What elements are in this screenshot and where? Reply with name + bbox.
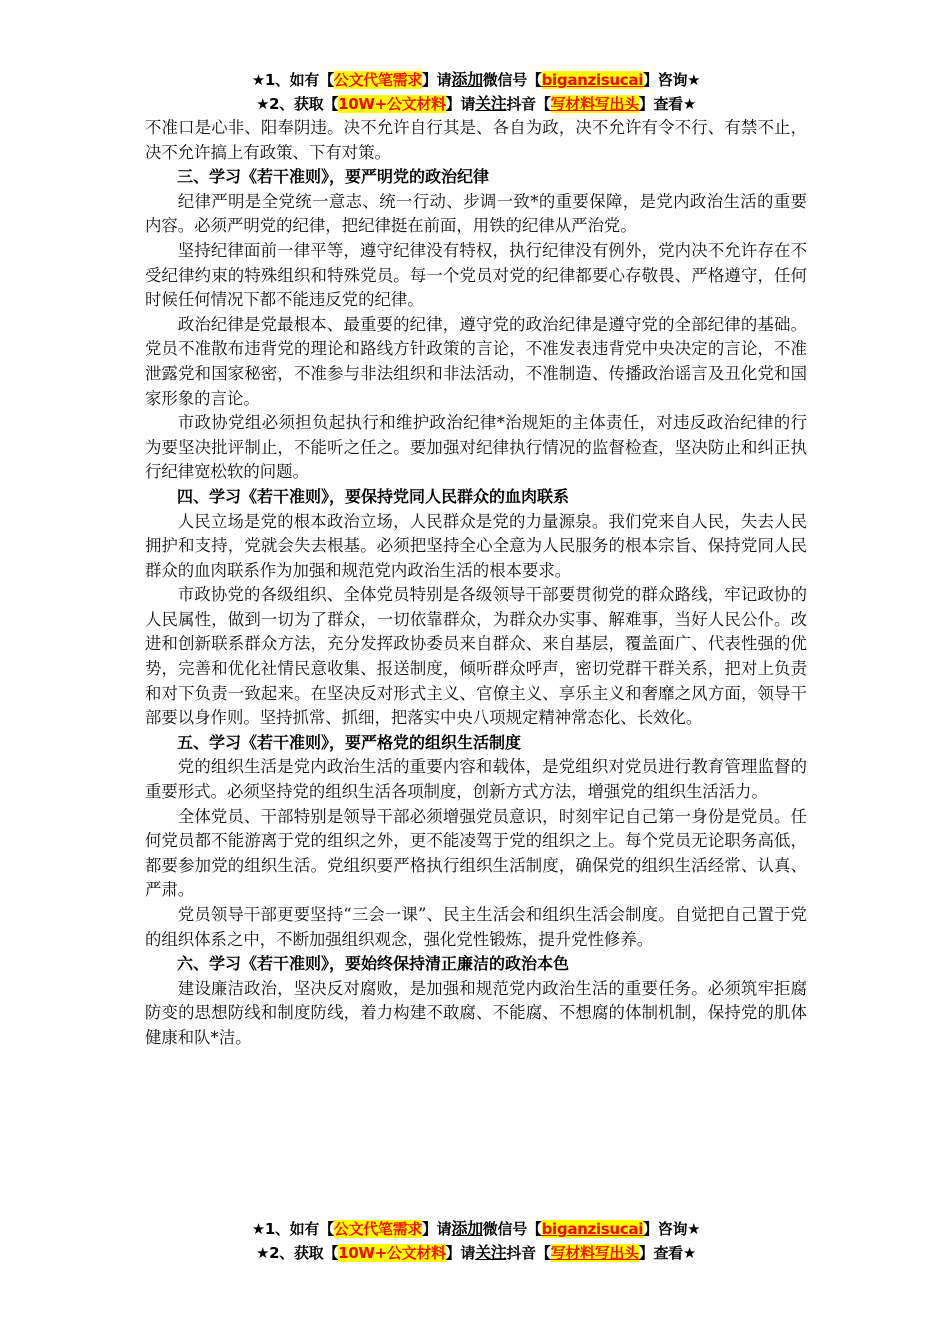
footer-banner: ★1、如有【公文代笔需求】请添加微信号【biganzisucai】咨询★ ★2、… xyxy=(145,1217,807,1265)
emphasis-follow: 关注 xyxy=(475,1243,506,1262)
paragraph: 不准口是心非、阳奉阴违。决不允许自行其是、各自为政，决不允许有令不行、有禁不止，… xyxy=(145,116,807,165)
section-heading: 三、学习《若干准则》，要严明党的政治纪律 xyxy=(145,165,807,190)
paragraph: 党员领导干部更要坚持“三会一课”、民主生活会和组织生活会制度。自觉把自己置于党的… xyxy=(145,903,807,952)
banner-text: 微信号【 xyxy=(483,71,542,89)
document-page: ★1、如有【公文代笔需求】请添加微信号【biganzisucai】咨询★ ★2、… xyxy=(145,68,807,1051)
wechat-id: biganzisucai xyxy=(542,1220,643,1238)
banner-text: ★2、获取【 xyxy=(256,95,338,113)
section-heading: 五、学习《若干准则》，要严格党的组织生活制度 xyxy=(145,731,807,756)
emphasis-follow: 关注 xyxy=(475,94,506,113)
banner-text: ★1、如有【 xyxy=(252,1220,334,1238)
paragraph: 全体党员、干部特别是领导干部必须增强党员意识，时刻牢记自己第一身份是党员。任何党… xyxy=(145,805,807,903)
banner-line-2: ★2、获取【10W+公文材料】请关注抖音【写材料写出头】查看★ xyxy=(145,1241,807,1265)
document-body: 不准口是心非、阳奉阴违。决不允许自行其是、各自为政，决不允许有令不行、有禁不止，… xyxy=(145,116,807,1051)
emphasis-add: 添加 xyxy=(451,70,482,89)
banner-text: 抖音【 xyxy=(506,1244,550,1262)
paragraph: 党的组织生活是党内政治生活的重要内容和载体，是党组织对党员进行教育管理监督的重要… xyxy=(145,755,807,804)
banner-line-1: ★1、如有【公文代笔需求】请添加微信号【biganzisucai】咨询★ xyxy=(145,1217,807,1241)
wechat-id: biganzisucai xyxy=(542,71,643,89)
highlight-service: 公文代笔需求 xyxy=(334,1220,422,1238)
banner-line-1: ★1、如有【公文代笔需求】请添加微信号【biganzisucai】咨询★ xyxy=(145,68,807,92)
paragraph: 市政协党的各级组织、全体党员特别是各级领导干部要贯彻党的群众路线，牢记政协的人民… xyxy=(145,583,807,731)
section-heading: 四、学习《若干准则》，要保持党同人民群众的血肉联系 xyxy=(145,485,807,510)
banner-text: ★2、获取【 xyxy=(256,1244,338,1262)
banner-text: 】咨询★ xyxy=(643,1220,700,1238)
banner-text: 】查看★ xyxy=(639,95,696,113)
section-heading: 六、学习《若干准则》，要始终保持清正廉洁的政治本色 xyxy=(145,952,807,977)
paragraph: 政治纪律是党最根本、最重要的纪律，遵守党的政治纪律是遵守党的全部纪律的基础。党员… xyxy=(145,313,807,411)
banner-text: 】请 xyxy=(422,71,451,89)
banner-text: 】请 xyxy=(446,1244,475,1262)
banner-text: 】请 xyxy=(446,95,475,113)
highlight-service: 公文代笔需求 xyxy=(334,71,422,89)
banner-text: ★1、如有【 xyxy=(252,71,334,89)
douyin-account: 写材料写出头 xyxy=(551,95,639,113)
banner-text: 】查看★ xyxy=(639,1244,696,1262)
paragraph: 人民立场是党的根本政治立场，人民群众是党的力量源泉。我们党来自人民，失去人民拥护… xyxy=(145,510,807,584)
banner-text: 微信号【 xyxy=(483,1220,542,1238)
paragraph: 建设廉洁政治，坚决反对腐败，是加强和规范党内政治生活的重要任务。必须筑牢拒腐防变… xyxy=(145,977,807,1051)
banner-text: 】请 xyxy=(422,1220,451,1238)
paragraph: 纪律严明是全党统一意志、统一行动、步调一致*的重要保障，是党内政治生活的重要内容… xyxy=(145,190,807,239)
paragraph: 坚持纪律面前一律平等，遵守纪律没有特权，执行纪律没有例外，党内决不允许存在不受纪… xyxy=(145,239,807,313)
highlight-materials: 10W+公文材料 xyxy=(338,95,446,113)
paragraph: 市政协党组必须担负起执行和维护政治纪律*治规矩的主体责任，对违反政治纪律的行为要… xyxy=(145,411,807,485)
highlight-materials: 10W+公文材料 xyxy=(338,1244,446,1262)
header-banner: ★1、如有【公文代笔需求】请添加微信号【biganzisucai】咨询★ ★2、… xyxy=(145,68,807,116)
banner-line-2: ★2、获取【10W+公文材料】请关注抖音【写材料写出头】查看★ xyxy=(145,92,807,116)
banner-text: 】咨询★ xyxy=(643,71,700,89)
emphasis-add: 添加 xyxy=(451,1219,482,1238)
banner-text: 抖音【 xyxy=(506,95,550,113)
douyin-account: 写材料写出头 xyxy=(551,1244,639,1262)
